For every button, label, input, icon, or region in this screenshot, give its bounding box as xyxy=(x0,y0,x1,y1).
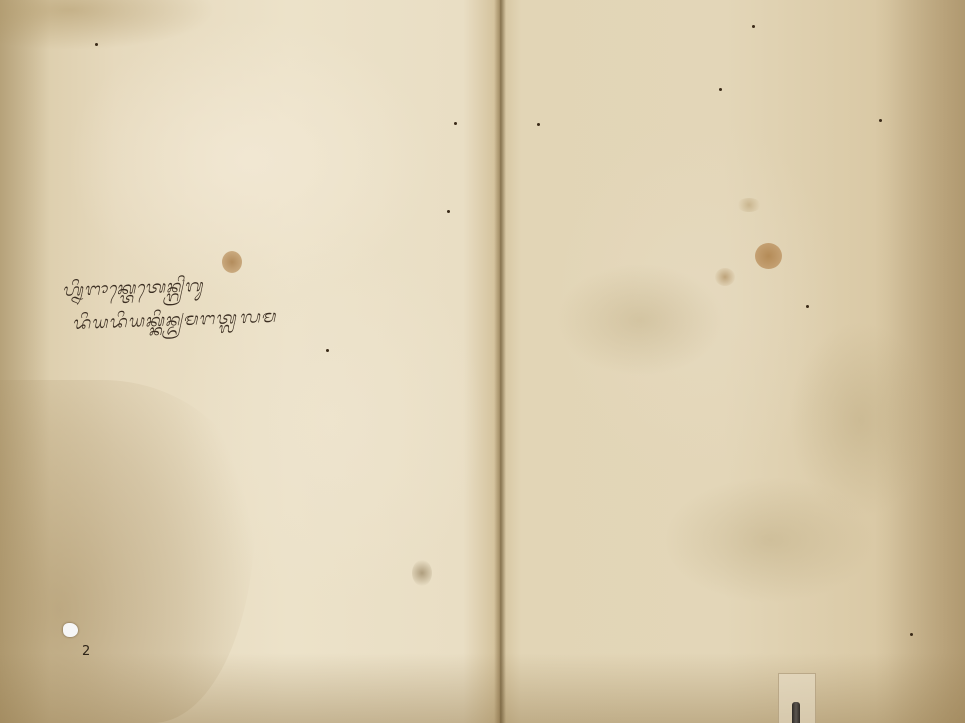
folio-number: 2 xyxy=(82,644,90,659)
foxing-spot xyxy=(715,268,735,286)
left-page xyxy=(0,0,498,723)
manuscript-spread: ᬳ᭄ᬦᬶᬗᬵᬓ᭄ᬢᬾᬢᬾᬦ᭄ᬕ᭄ᬭᬶᬕᬸ ᬤᬶᬬᬤᬶᬬᬓ᭄ᬓᬶᬦ᭄ᬤ᭄ᬭᬫᬗᬢ᭄… xyxy=(0,0,965,723)
right-page xyxy=(500,0,965,723)
ink-speck xyxy=(910,633,913,636)
foxing-spot xyxy=(412,560,432,586)
binding-clip xyxy=(792,702,800,723)
ink-speck xyxy=(752,25,755,28)
book-gutter-fold xyxy=(494,0,506,723)
handwritten-inscription-line-1: ᬳ᭄ᬦᬶᬗᬵᬓ᭄ᬢᬾᬢᬾᬦ᭄ᬕ᭄ᬭᬶᬕᬸ xyxy=(61,274,204,309)
ink-speck xyxy=(95,43,98,46)
foxing-spot xyxy=(222,251,242,273)
foxing-spot xyxy=(755,243,782,269)
ink-speck xyxy=(326,349,329,352)
ink-speck xyxy=(806,305,809,308)
ink-speck xyxy=(454,122,457,125)
ink-speck xyxy=(537,123,540,126)
foxing-spot xyxy=(737,198,761,212)
ink-speck xyxy=(879,119,882,122)
ink-speck xyxy=(719,88,722,91)
ink-speck xyxy=(447,210,450,213)
paper-hole xyxy=(63,623,78,637)
